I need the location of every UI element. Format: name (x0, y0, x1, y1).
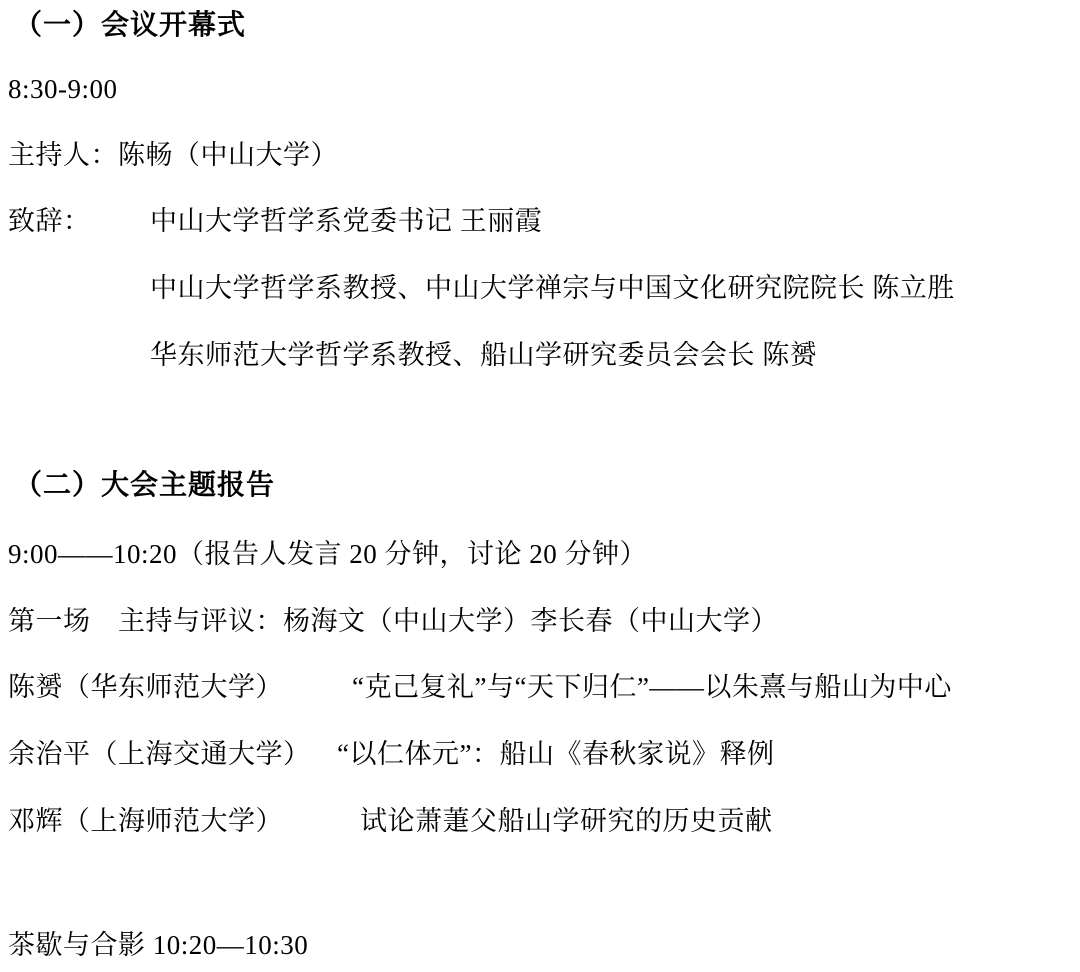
presentation-title: 试论萧萐父船山学研究的历史贡献 (360, 804, 773, 838)
host-line: 主持人：陈畅（中山大学） (8, 138, 338, 172)
speech-item: 中山大学哲学系党委书记 王丽霞 (150, 204, 542, 238)
opening-time: 8:30-9:00 (8, 72, 118, 106)
keynote-section-heading: （二）大会主题报告 (14, 468, 275, 502)
presentation-title: “克己复礼”与“天下归仁”——以朱熹与船山为中心 (352, 670, 952, 704)
speeches-label: 致辞： (8, 204, 91, 238)
speech-item: 华东师范大学哲学系教授、船山学研究委员会会长 陈赟 (150, 338, 817, 372)
keynote-time-note: 9:00——10:20（报告人发言 20 分钟，讨论 20 分钟） (8, 537, 647, 571)
speech-item: 中山大学哲学系教授、中山大学禅宗与中国文化研究院院长 陈立胜 (150, 271, 955, 305)
conference-program-page: （一）会议开幕式 8:30-9:00 主持人：陈畅（中山大学） 致辞： 中山大学… (0, 0, 1080, 972)
session-chairs: 主持与评议：杨海文（中山大学）李长春（中山大学） (118, 604, 778, 638)
presentation-speaker: 余治平（上海交通大学） (8, 737, 311, 771)
tea-break-line: 茶歇与合影 10:20—10:30 (8, 928, 308, 962)
session-label: 第一场 (8, 604, 91, 638)
presentation-speaker: 邓辉（上海师范大学） (8, 804, 283, 838)
presentation-speaker: 陈赟（华东师范大学） (8, 670, 283, 704)
presentation-title: “以仁体元”：船山《春秋家说》释例 (337, 737, 774, 771)
opening-section-heading: （一）会议开幕式 (14, 8, 246, 42)
